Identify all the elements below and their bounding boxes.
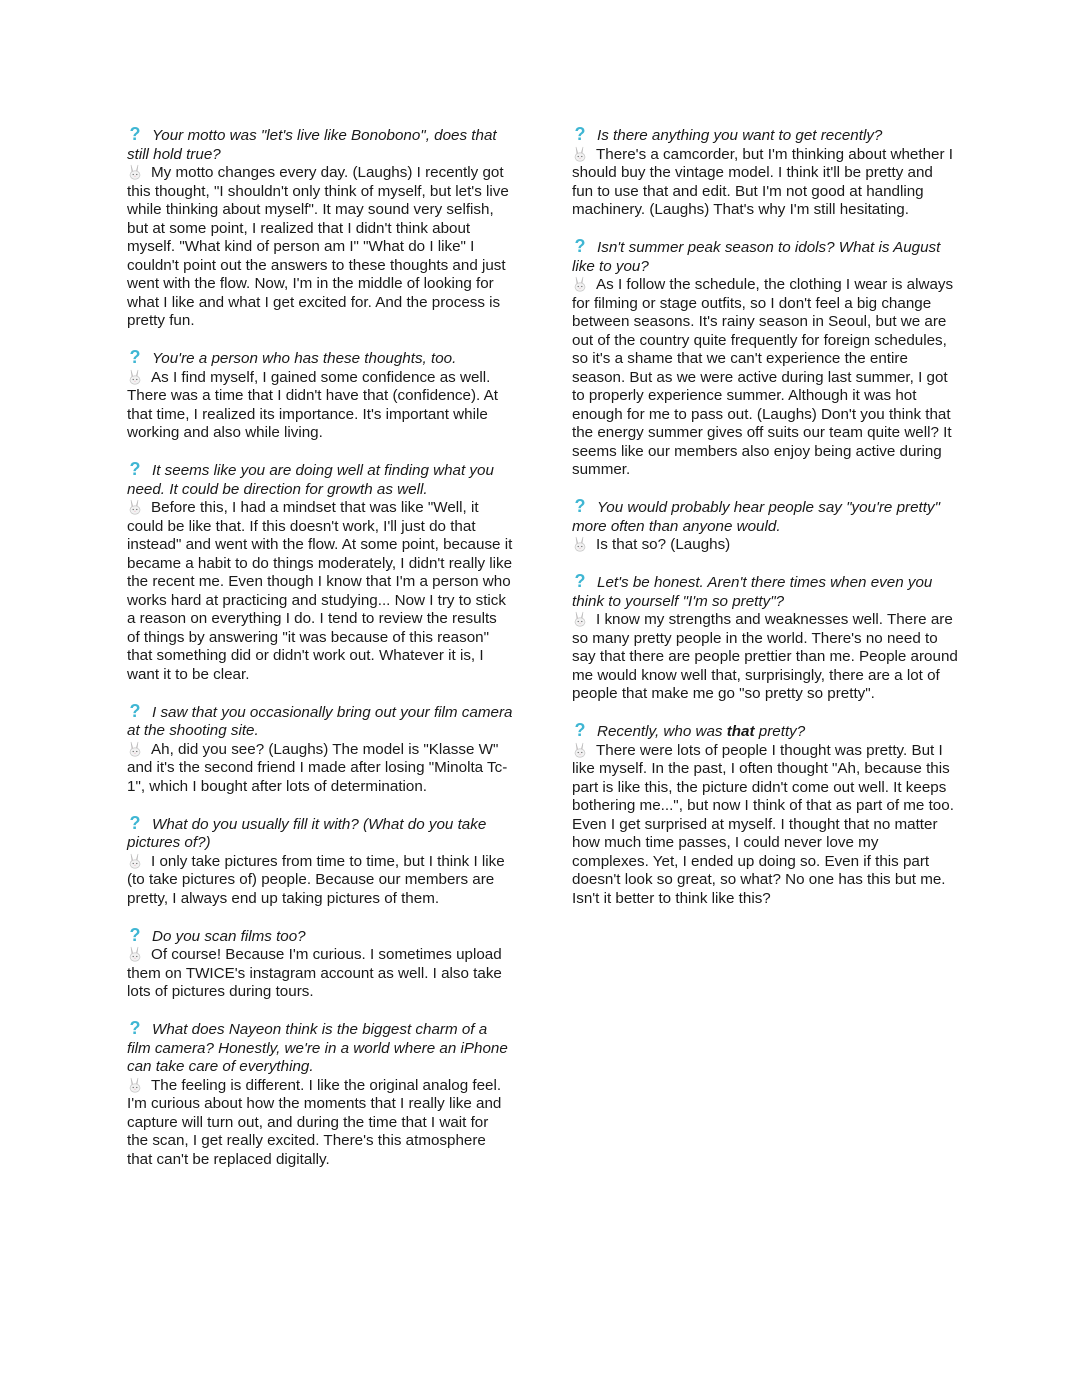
qa-item: ?I saw that you occasionally bring out y…	[127, 703, 513, 797]
rabbit-face-icon	[127, 853, 143, 869]
question-text: You would probably hear people say "you'…	[572, 499, 940, 535]
qa-item: ?You're a person who has these thoughts,…	[127, 349, 513, 443]
question-emphasis: that	[727, 723, 755, 740]
question-mark-icon: ?	[127, 703, 143, 719]
qa-item: ?Let's be honest. Aren't there times whe…	[572, 573, 958, 704]
answer: Is that so? (Laughs)	[572, 536, 958, 555]
rabbit-face-icon	[572, 611, 588, 627]
answer: There's a camcorder, but I'm thinking ab…	[572, 146, 958, 220]
answer-text: Of course! Because I'm curious. I someti…	[127, 946, 502, 1000]
answer: I only take pictures from time to time, …	[127, 853, 513, 909]
question: ?You're a person who has these thoughts,…	[127, 349, 513, 369]
question-text: What does Nayeon think is the biggest ch…	[127, 1021, 508, 1075]
rabbit-face-icon	[572, 536, 588, 552]
question: ?Recently, who was that pretty?	[572, 722, 958, 742]
answer-text: There's a camcorder, but I'm thinking ab…	[572, 146, 953, 219]
question-text: I saw that you occasionally bring out yo…	[127, 704, 512, 740]
question: ?Is there anything you want to get recen…	[572, 126, 958, 146]
question-mark-icon: ?	[572, 126, 588, 142]
question: ?You would probably hear people say "you…	[572, 498, 958, 536]
question-mark-icon: ?	[127, 126, 143, 142]
rabbit-face-icon	[127, 164, 143, 180]
answer: As I follow the schedule, the clothing I…	[572, 276, 958, 480]
question: ?Do you scan films too?	[127, 927, 513, 947]
qa-item: ?Isn't summer peak season to idols? What…	[572, 238, 958, 480]
answer-text: There were lots of people I thought was …	[572, 742, 954, 907]
question-mark-icon: ?	[572, 573, 588, 589]
answer-text: As I find myself, I gained some confiden…	[127, 369, 498, 442]
question-mark-icon: ?	[127, 1020, 143, 1036]
answer-text: My motto changes every day. (Laughs) I r…	[127, 164, 509, 329]
qa-item: ?It seems like you are doing well at fin…	[127, 461, 513, 684]
question-mark-icon: ?	[127, 349, 143, 365]
question-text: Your motto was "let's live like Bonobono…	[127, 127, 497, 163]
question-text: What do you usually fill it with? (What …	[127, 816, 486, 852]
rabbit-face-icon	[572, 276, 588, 292]
question-text: Do you scan films too?	[152, 928, 306, 945]
question: ?I saw that you occasionally bring out y…	[127, 703, 513, 741]
answer: I know my strengths and weaknesses well.…	[572, 611, 958, 704]
question: ?Isn't summer peak season to idols? What…	[572, 238, 958, 276]
question: ?It seems like you are doing well at fin…	[127, 461, 513, 499]
rabbit-face-icon	[572, 742, 588, 758]
qa-item: ?Is there anything you want to get recen…	[572, 126, 958, 220]
question: ?What does Nayeon think is the biggest c…	[127, 1020, 513, 1077]
question-text: You're a person who has these thoughts, …	[152, 350, 456, 367]
answer: Before this, I had a mindset that was li…	[127, 499, 513, 684]
answer-text: As I follow the schedule, the clothing I…	[572, 276, 953, 478]
question-mark-icon: ?	[127, 815, 143, 831]
qa-item: ?What do you usually fill it with? (What…	[127, 815, 513, 909]
question-text: Isn't summer peak season to idols? What …	[572, 239, 940, 275]
answer-text: I know my strengths and weaknesses well.…	[572, 611, 958, 702]
qa-item: ?What does Nayeon think is the biggest c…	[127, 1020, 513, 1169]
answer: As I find myself, I gained some confiden…	[127, 369, 513, 443]
question-mark-icon: ?	[127, 927, 143, 943]
answer: Of course! Because I'm curious. I someti…	[127, 946, 513, 1002]
question-text-part: Recently, who was	[597, 723, 727, 740]
rabbit-face-icon	[572, 146, 588, 162]
answer-text: Before this, I had a mindset that was li…	[127, 499, 512, 683]
qa-item: ?You would probably hear people say "you…	[572, 498, 958, 555]
question-text: Let's be honest. Aren't there times when…	[572, 574, 932, 610]
rabbit-face-icon	[127, 946, 143, 962]
question: ?Your motto was "let's live like Bonobon…	[127, 126, 513, 164]
rabbit-face-icon	[127, 1077, 143, 1093]
question-mark-icon: ?	[572, 498, 588, 514]
answer-text: The feeling is different. I like the ori…	[127, 1077, 501, 1168]
qa-item: ?Do you scan films too? Of course! Becau…	[127, 927, 513, 1002]
question-mark-icon: ?	[572, 722, 588, 738]
question-text-part: pretty?	[755, 723, 806, 740]
left-column: ?Your motto was "let's live like Bonobon…	[127, 126, 513, 1188]
rabbit-face-icon	[127, 369, 143, 385]
question: ?What do you usually fill it with? (What…	[127, 815, 513, 853]
answer: My motto changes every day. (Laughs) I r…	[127, 164, 513, 331]
rabbit-face-icon	[127, 499, 143, 515]
question: ?Let's be honest. Aren't there times whe…	[572, 573, 958, 611]
rabbit-face-icon	[127, 741, 143, 757]
qa-item: ?Your motto was "let's live like Bonobon…	[127, 126, 513, 331]
answer-text: I only take pictures from time to time, …	[127, 853, 505, 907]
answer: The feeling is different. I like the ori…	[127, 1077, 513, 1170]
question-text: It seems like you are doing well at find…	[127, 462, 494, 498]
qa-item: ?Recently, who was that pretty? There we…	[572, 722, 958, 908]
right-column: ?Is there anything you want to get recen…	[572, 126, 958, 927]
answer-text: Is that so? (Laughs)	[596, 536, 730, 553]
question-mark-icon: ?	[127, 461, 143, 477]
answer-text: Ah, did you see? (Laughs) The model is "…	[127, 741, 507, 795]
answer: There were lots of people I thought was …	[572, 742, 958, 909]
question-text: Is there anything you want to get recent…	[597, 127, 882, 144]
answer: Ah, did you see? (Laughs) The model is "…	[127, 741, 513, 797]
question-mark-icon: ?	[572, 238, 588, 254]
